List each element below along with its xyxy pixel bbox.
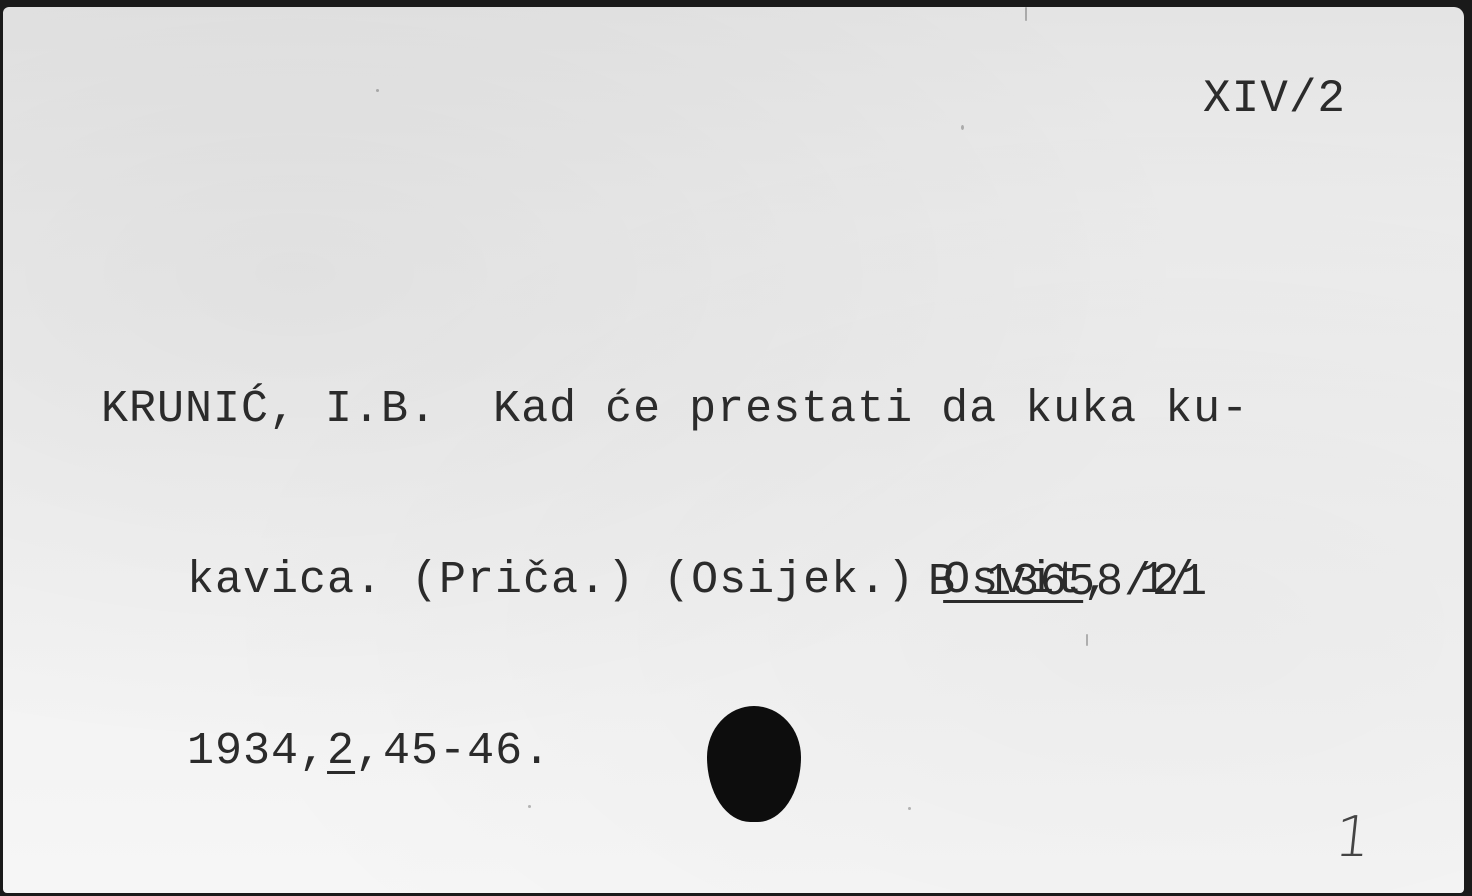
paper-speck	[528, 805, 531, 808]
entry-line-3: 1934,2,45-46.	[101, 723, 1249, 780]
paper-speck	[961, 125, 964, 130]
handwritten-card-number: 1	[1332, 805, 1374, 870]
punch-hole	[707, 706, 801, 822]
issue-number: 2	[327, 726, 355, 777]
call-number: XIV/2	[1203, 76, 1346, 122]
paper-speck	[1025, 7, 1027, 21]
paper-speck	[1086, 634, 1088, 646]
entry-line-1: KRUNIĆ, I.B. Kad će prestati da kuka ku-	[101, 381, 1249, 438]
entry-title-continuation: kavica. (Priča.) (Osijek.)	[187, 555, 943, 606]
scanned-catalog-card-image: XIV/2 KRUNIĆ, I.B. Kad će prestati da ku…	[0, 0, 1472, 896]
paper-speck	[908, 807, 911, 810]
paper-speck	[376, 89, 379, 92]
page-range: ,45-46.	[355, 726, 551, 777]
publication-year: 1934,	[187, 726, 327, 777]
catalog-card: XIV/2 KRUNIĆ, I.B. Kad će prestati da ku…	[3, 7, 1464, 893]
accession-number: B 13658/21	[928, 560, 1208, 605]
